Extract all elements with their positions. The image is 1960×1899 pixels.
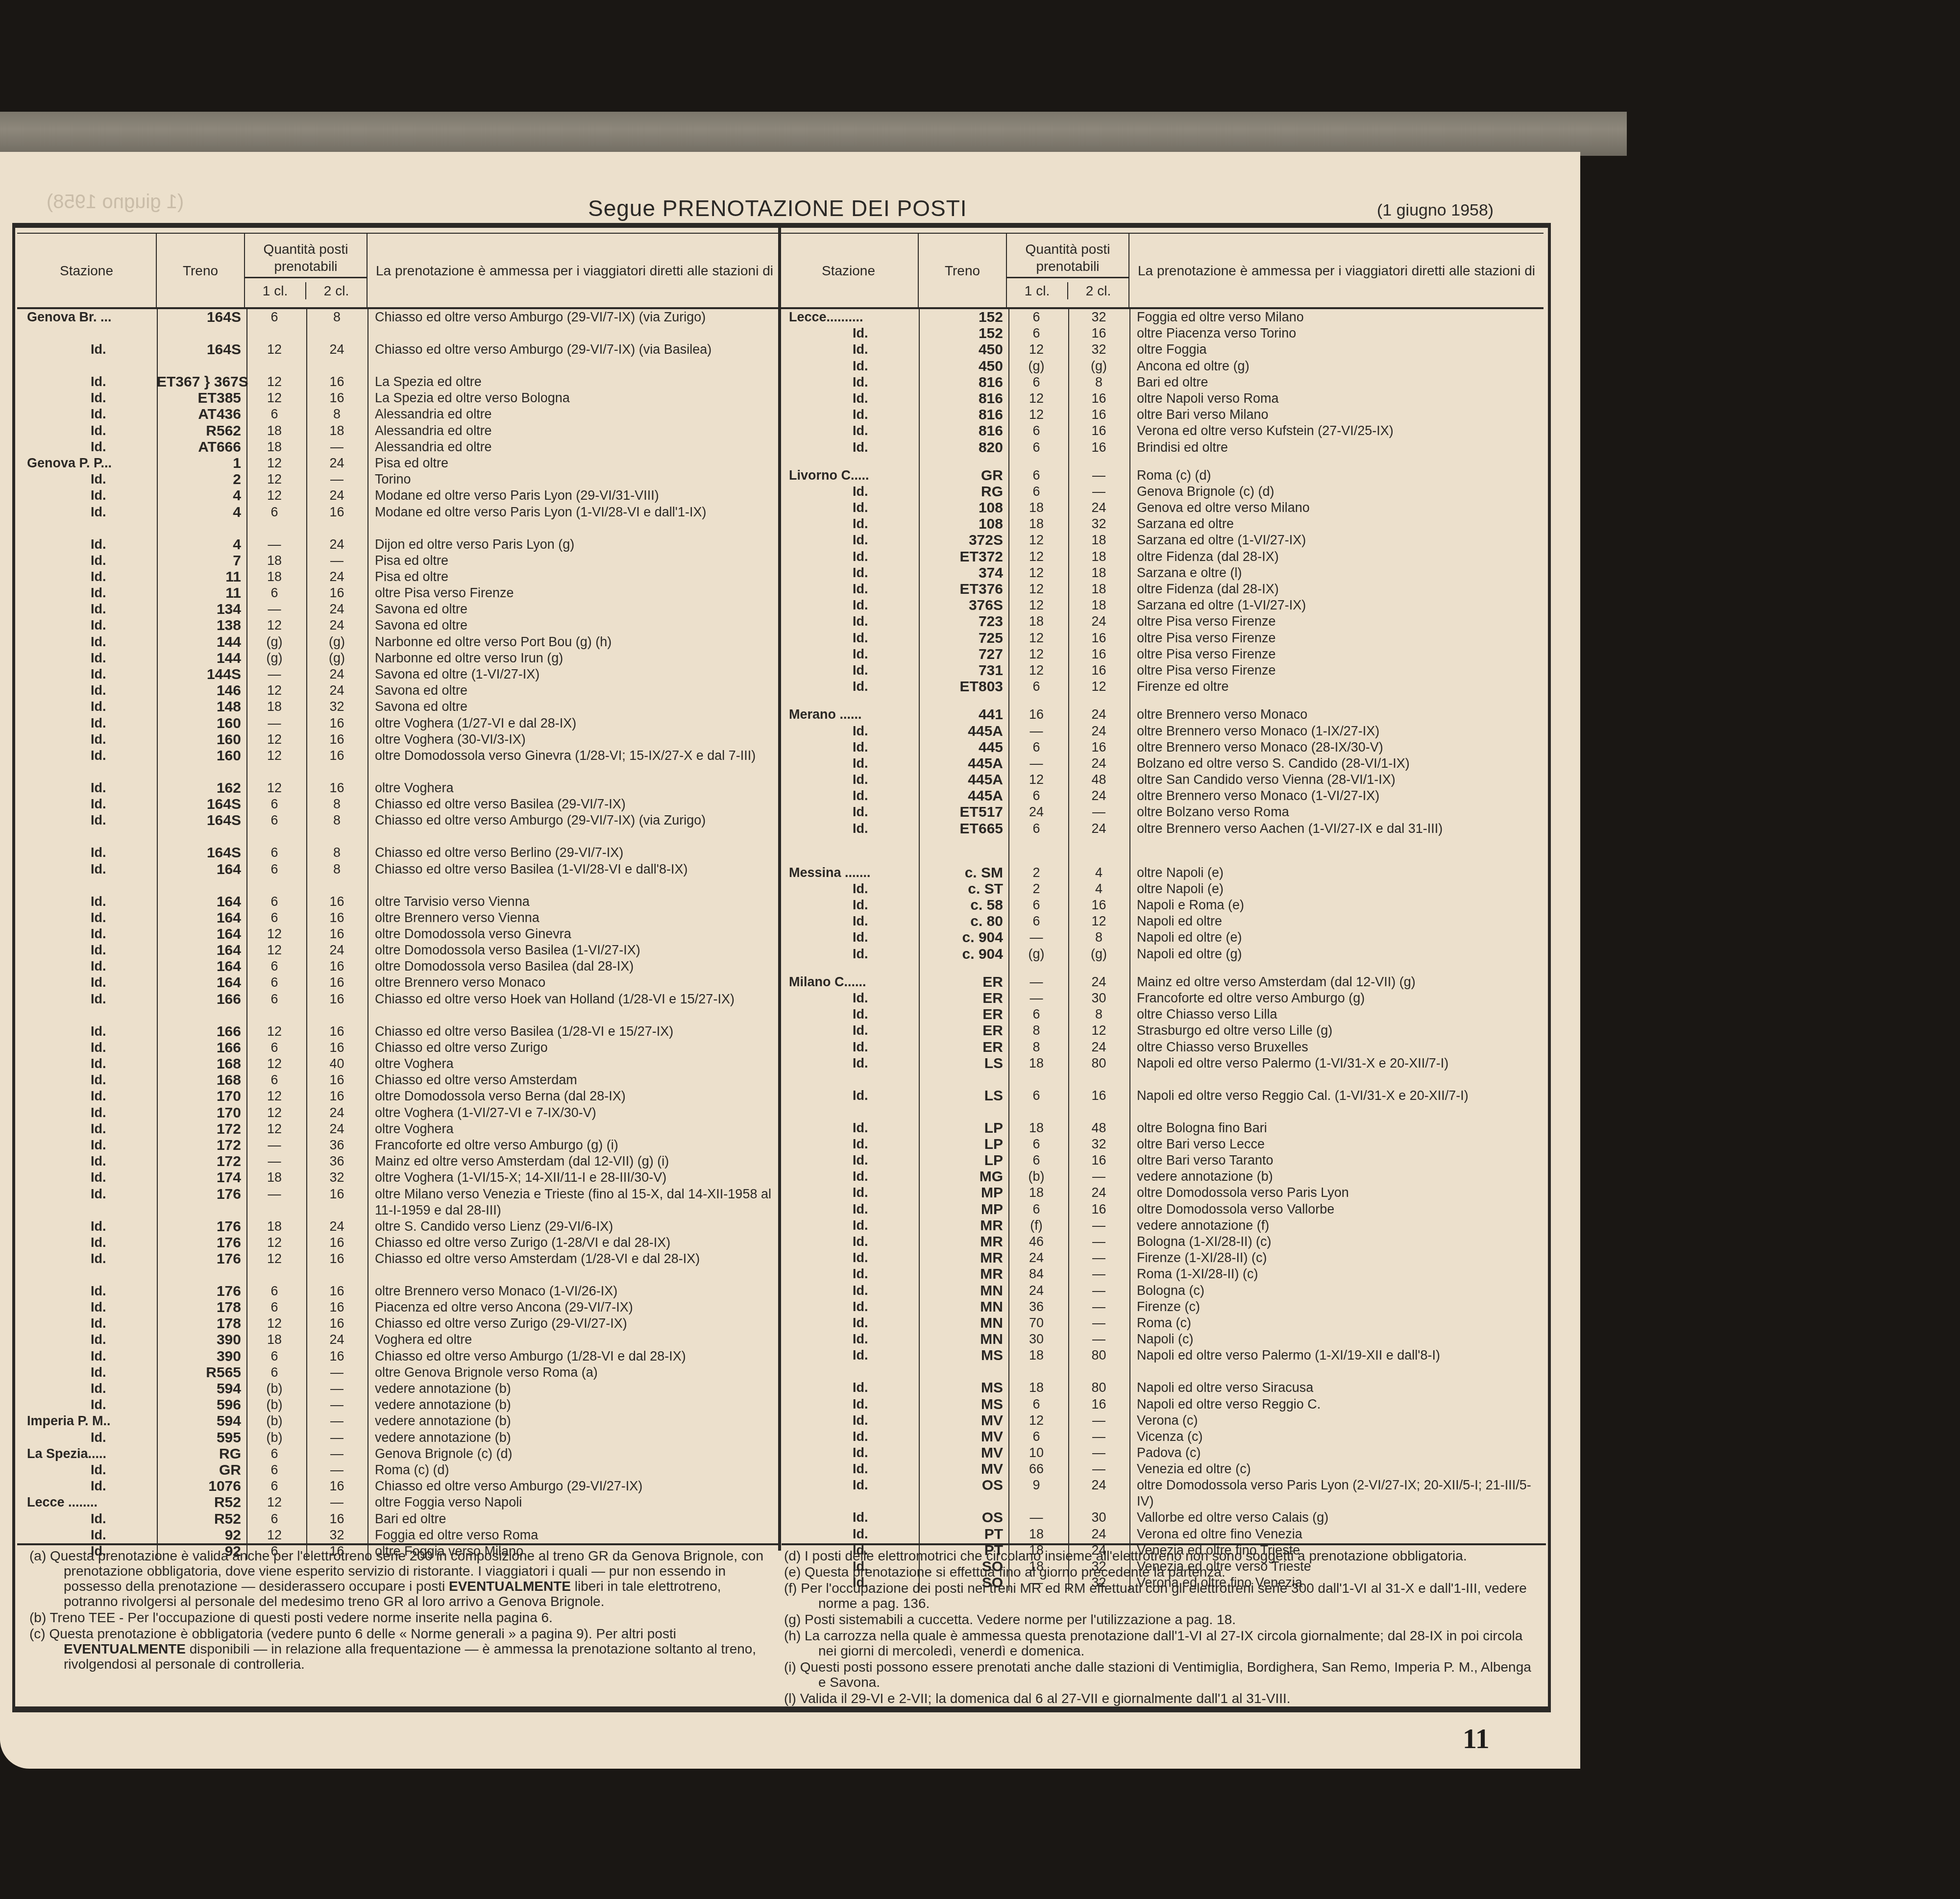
first-class-seats-cell: 6 bbox=[1007, 821, 1066, 837]
destination-cell: vedere annotazione (f) bbox=[1137, 1217, 1543, 1234]
first-class-seats-cell: 24 bbox=[1007, 1250, 1066, 1266]
first-class-seats-cell: 2 bbox=[1007, 881, 1066, 897]
train-cell: 152 bbox=[919, 309, 1003, 325]
book-page-edges bbox=[0, 112, 1627, 156]
train-cell: c. ST bbox=[919, 881, 1003, 897]
table-row: Id.212—Torino bbox=[17, 471, 782, 487]
first-class-seats-cell: 12 bbox=[245, 942, 304, 958]
second-class-seats-cell: 4 bbox=[1068, 881, 1129, 897]
train-cell: 176 bbox=[157, 1283, 241, 1299]
table-row: Id.MN70—Roma (c) bbox=[779, 1315, 1543, 1331]
second-class-seats-cell: 32 bbox=[1068, 341, 1129, 358]
first-class-seats-cell: 12 bbox=[245, 1494, 304, 1510]
first-class-seats-cell: 12 bbox=[245, 1088, 304, 1104]
first-class-seats-cell: 6 bbox=[245, 974, 304, 991]
destination-cell: oltre Bari verso Taranto bbox=[1137, 1152, 1543, 1169]
first-class-seats-cell: 6 bbox=[1007, 897, 1066, 913]
train-cell: 164S bbox=[157, 309, 241, 325]
destination-cell: oltre Voghera (1-VI/15-X; 14-XII/11-I e … bbox=[375, 1169, 782, 1186]
train-cell: MG bbox=[919, 1169, 1003, 1185]
destination-cell: oltre Pisa verso Firenze bbox=[375, 585, 782, 601]
destination-cell: Alessandria ed oltre bbox=[375, 423, 782, 439]
footnote-key: (a) bbox=[29, 1548, 50, 1563]
second-class-seats-cell: 24 bbox=[306, 487, 367, 504]
footnote-text: Treno TEE - Per l'occupazione di questi … bbox=[50, 1610, 553, 1625]
table-row: Id.134—24Savona ed oltre bbox=[17, 601, 782, 617]
destination-cell: oltre Brennero verso Monaco bbox=[1137, 706, 1543, 723]
first-class-seats-cell: 12 bbox=[245, 390, 304, 406]
second-class-seats-cell: (g) bbox=[1068, 946, 1129, 962]
destination-cell: Verona ed oltre fino Venezia bbox=[1137, 1526, 1543, 1542]
first-class-seats-cell: (b) bbox=[245, 1413, 304, 1429]
second-class-seats-cell: 16 bbox=[306, 910, 367, 926]
second-class-seats-cell: 16 bbox=[1068, 423, 1129, 439]
train-cell: 164 bbox=[157, 942, 241, 958]
destination-cell: Narbonne ed oltre verso Irun (g) bbox=[375, 650, 782, 666]
header-2cl: 2 cl. bbox=[1068, 282, 1128, 299]
first-class-seats-cell: 16 bbox=[1007, 706, 1066, 723]
first-class-seats-cell: 6 bbox=[1007, 374, 1066, 390]
train-cell: 374 bbox=[919, 565, 1003, 581]
destination-cell: oltre Pisa verso Firenze bbox=[1137, 613, 1543, 630]
destination-cell: Roma (c) (d) bbox=[1137, 467, 1543, 484]
table-row: Id.450(g)(g)Ancona ed oltre (g) bbox=[779, 358, 1543, 374]
table-row: Id.921232Foggia ed oltre verso Roma bbox=[17, 1527, 782, 1543]
table-row: Id.1641216oltre Domodossola verso Ginevr… bbox=[17, 926, 782, 942]
destination-cell: oltre Chiasso verso Bruxelles bbox=[1137, 1039, 1543, 1055]
table-row: Id.1701224oltre Voghera (1-VI/27-VI e 7-… bbox=[17, 1105, 782, 1121]
destination-cell: Firenze ed oltre bbox=[1137, 679, 1543, 695]
first-class-seats-cell: — bbox=[245, 1137, 304, 1153]
first-class-seats-cell: 12 bbox=[245, 1023, 304, 1040]
destination-cell: oltre Bolzano verso Roma bbox=[1137, 804, 1543, 820]
second-class-seats-cell: 24 bbox=[306, 1218, 367, 1235]
first-class-seats-cell: 12 bbox=[1007, 1412, 1066, 1429]
destination-cell: Sarzana e oltre (l) bbox=[1137, 565, 1543, 581]
destination-cell: oltre Brennero verso Monaco (1-VI/26-IX) bbox=[375, 1283, 782, 1299]
footnote-text: Valida il 29-VI e 2-VII; la domenica dal… bbox=[800, 1691, 1291, 1706]
table-row: Id.c. 58616Napoli e Roma (e) bbox=[779, 897, 1543, 913]
destination-cell: oltre Brennero verso Monaco bbox=[375, 974, 782, 991]
train-cell: 172 bbox=[157, 1137, 241, 1153]
table-row: Id.c. 904—8Napoli ed oltre (e) bbox=[779, 929, 1543, 946]
train-cell: MR bbox=[919, 1266, 1003, 1282]
first-class-seats-cell: (g) bbox=[1007, 946, 1066, 962]
second-class-seats-cell: 16 bbox=[306, 1299, 367, 1315]
footnote-key: (h) bbox=[784, 1628, 805, 1643]
train-cell: 376S bbox=[919, 597, 1003, 613]
second-class-seats-cell: 24 bbox=[306, 1332, 367, 1348]
second-class-seats-cell: 16 bbox=[1068, 390, 1129, 407]
train-cell: 731 bbox=[919, 662, 1003, 679]
destination-cell: Chiasso ed oltre verso Basilea (29-VI/7-… bbox=[375, 796, 782, 812]
destination-cell: Firenze (1-XI/28-II) (c) bbox=[1137, 1250, 1543, 1266]
first-class-seats-cell: 12 bbox=[1007, 407, 1066, 423]
train-cell: ER bbox=[919, 1023, 1003, 1039]
first-class-seats-cell: — bbox=[245, 536, 304, 553]
second-class-seats-cell: — bbox=[1068, 1234, 1129, 1250]
train-cell: 164 bbox=[157, 958, 241, 974]
train-cell: 164S bbox=[157, 796, 241, 812]
second-class-seats-cell: 8 bbox=[306, 796, 367, 812]
train-cell: MP bbox=[919, 1185, 1003, 1201]
first-class-seats-cell: 6 bbox=[1007, 467, 1066, 484]
table-row: Id.376S1218Sarzana ed oltre (1-VI/27-IX) bbox=[779, 597, 1543, 613]
destination-cell: oltre Bari verso Milano bbox=[1137, 407, 1543, 423]
second-class-seats-cell: 16 bbox=[1068, 325, 1129, 341]
footnote: (e) Questa prenotazione si effettua fino… bbox=[784, 1564, 1534, 1580]
first-class-seats-cell: 12 bbox=[245, 1235, 304, 1251]
second-class-seats-cell: 16 bbox=[1068, 1088, 1129, 1104]
first-class-seats-cell: 9 bbox=[1007, 1477, 1066, 1493]
footnote: (i) Questi posti possono essere prenotat… bbox=[784, 1659, 1534, 1690]
table-row: Id.LP616oltre Bari verso Taranto bbox=[779, 1152, 1543, 1169]
footnote-key: (d) bbox=[784, 1548, 805, 1563]
second-class-seats-cell: — bbox=[1068, 1217, 1129, 1234]
train-cell: 723 bbox=[919, 613, 1003, 630]
second-class-seats-cell: 16 bbox=[306, 731, 367, 748]
first-class-seats-cell: 12 bbox=[245, 1251, 304, 1267]
second-class-seats-cell: 16 bbox=[306, 748, 367, 764]
second-class-seats-cell: — bbox=[306, 1494, 367, 1510]
train-cell: 172 bbox=[157, 1121, 241, 1137]
first-class-seats-cell: 6 bbox=[1007, 1396, 1066, 1412]
second-class-seats-cell: — bbox=[1068, 1250, 1129, 1266]
train-cell: 595 bbox=[157, 1430, 241, 1446]
train-cell: 160 bbox=[157, 715, 241, 731]
destination-cell: Modane ed oltre verso Paris Lyon (1-VI/2… bbox=[375, 504, 782, 520]
page-title: Segue PRENOTAZIONE DEI POSTI bbox=[588, 195, 967, 221]
destination-cell: oltre Foggia verso Napoli bbox=[375, 1494, 782, 1510]
first-class-seats-cell: 24 bbox=[1007, 804, 1066, 820]
second-class-seats-cell: 24 bbox=[306, 569, 367, 585]
destination-cell: oltre Bari verso Lecce bbox=[1137, 1136, 1543, 1152]
train-cell: 170 bbox=[157, 1105, 241, 1121]
destination-cell: Vallorbe ed oltre verso Calais (g) bbox=[1137, 1509, 1543, 1526]
table-row: Id.164616oltre Tarvisio verso Vienna bbox=[17, 894, 782, 910]
second-class-seats-cell: 16 bbox=[306, 1478, 367, 1494]
first-class-seats-cell: 6 bbox=[245, 1446, 304, 1462]
first-class-seats-cell: 6 bbox=[1007, 913, 1066, 929]
first-class-seats-cell: 84 bbox=[1007, 1266, 1066, 1282]
train-cell: 176 bbox=[157, 1235, 241, 1251]
table-row: Id.166616Chiasso ed oltre verso Zurigo bbox=[17, 1040, 782, 1056]
train-cell: AT436 bbox=[157, 406, 241, 422]
second-class-seats-cell: 16 bbox=[306, 926, 367, 942]
first-class-seats-cell: 30 bbox=[1007, 1331, 1066, 1347]
second-class-seats-cell: 16 bbox=[306, 374, 367, 390]
second-class-seats-cell: 16 bbox=[306, 585, 367, 601]
first-class-seats-cell: 36 bbox=[1007, 1299, 1066, 1315]
destination-cell: Dijon ed oltre verso Paris Lyon (g) bbox=[375, 536, 782, 553]
train-cell: 162 bbox=[157, 780, 241, 796]
second-class-seats-cell: 24 bbox=[1068, 755, 1129, 772]
footnotes-right: (d) I posti delle elettromotrici che cir… bbox=[784, 1548, 1534, 1707]
table-row: Id.ET3851216La Spezia ed oltre verso Bol… bbox=[17, 390, 782, 406]
header-quantita: Quantità posti prenotabili 1 cl. 2 cl. bbox=[1007, 234, 1129, 307]
table-row: Id.445A—24Bolzano ed oltre verso S. Cand… bbox=[779, 755, 1543, 772]
train-cell: MN bbox=[919, 1315, 1003, 1331]
train-cell: R565 bbox=[157, 1364, 241, 1381]
table-row: Id.164S1224Chiasso ed oltre verso Amburg… bbox=[17, 341, 782, 374]
train-cell: 174 bbox=[157, 1169, 241, 1186]
second-class-seats-cell: 24 bbox=[1068, 1185, 1129, 1201]
footnote-key: (i) bbox=[784, 1659, 800, 1675]
destination-cell: La Spezia ed oltre bbox=[375, 374, 782, 390]
footnote-key: (e) bbox=[784, 1564, 805, 1580]
train-cell: 144 bbox=[157, 650, 241, 666]
second-class-seats-cell: 16 bbox=[306, 894, 367, 910]
destination-cell: Chiasso ed oltre verso Hoek van Holland … bbox=[375, 991, 782, 1007]
destination-cell: oltre Napoli (e) bbox=[1137, 865, 1543, 881]
first-class-seats-cell: 6 bbox=[245, 958, 304, 974]
table-row: La Spezia.....RG6—Genova Brignole (c) (d… bbox=[17, 1446, 782, 1462]
first-class-seats-cell: 18 bbox=[245, 1169, 304, 1186]
table-row: Id.MR24—Firenze (1-XI/28-II) (c) bbox=[779, 1250, 1543, 1266]
destination-cell: oltre Voghera bbox=[375, 1121, 782, 1137]
table-row: Imperia P. M..594(b)—vedere annotazione … bbox=[17, 1413, 782, 1429]
destination-cell: Pisa ed oltre bbox=[375, 569, 782, 585]
table-row: Id.1701216oltre Domodossola verso Berna … bbox=[17, 1088, 782, 1104]
train-cell: 164 bbox=[157, 861, 241, 877]
train-cell: 164 bbox=[157, 926, 241, 942]
destination-cell: Padova (c) bbox=[1137, 1445, 1543, 1461]
second-class-seats-cell: 16 bbox=[306, 1511, 367, 1527]
destination-cell: vedere annotazione (b) bbox=[1137, 1169, 1543, 1185]
first-class-seats-cell: 12 bbox=[245, 682, 304, 699]
table-row: Id.81668Bari ed oltre bbox=[779, 374, 1543, 390]
table-row: Id.8161216oltre Napoli verso Roma bbox=[779, 390, 1543, 407]
header-1cl: 1 cl. bbox=[1007, 282, 1068, 299]
second-class-seats-cell: (g) bbox=[1068, 358, 1129, 374]
table-row: Id.OS—30Vallorbe ed oltre verso Calais (… bbox=[779, 1509, 1543, 1526]
second-class-seats-cell: 16 bbox=[306, 1348, 367, 1364]
first-class-seats-cell: 6 bbox=[245, 812, 304, 828]
train-cell: c. 80 bbox=[919, 913, 1003, 929]
destination-cell: Chiasso ed oltre verso Berlino (29-VI/7-… bbox=[375, 845, 782, 861]
second-class-seats-cell: 18 bbox=[1068, 581, 1129, 597]
train-cell: 170 bbox=[157, 1088, 241, 1104]
first-class-seats-cell: 18 bbox=[1007, 1526, 1066, 1542]
train-cell: 160 bbox=[157, 748, 241, 764]
destination-cell: Chiasso ed oltre verso Amburgo (29-VI/7-… bbox=[375, 812, 782, 828]
footnote-text: Posti sistemabili a cuccetta. Vedere nor… bbox=[805, 1612, 1236, 1627]
first-class-seats-cell: 18 bbox=[245, 1332, 304, 1348]
destination-cell: Pisa ed oltre bbox=[375, 455, 782, 471]
row-spacer bbox=[779, 456, 1543, 467]
table-row: Id.1761216Chiasso ed oltre verso Amsterd… bbox=[17, 1251, 782, 1283]
destination-cell: oltre Chiasso verso Lilla bbox=[1137, 1006, 1543, 1023]
table-row: Id.MV12—Verona (c) bbox=[779, 1412, 1543, 1429]
header-stazione: Stazione bbox=[779, 234, 919, 307]
second-class-seats-cell: — bbox=[1068, 1461, 1129, 1477]
first-class-seats-cell: 12 bbox=[245, 1527, 304, 1543]
header-treno: Treno bbox=[919, 234, 1007, 307]
train-cell: 594 bbox=[157, 1381, 241, 1397]
table-row: Id.820616Brindisi ed oltre bbox=[779, 439, 1543, 456]
train-cell: c. 904 bbox=[919, 946, 1003, 962]
train-cell: 390 bbox=[157, 1332, 241, 1348]
table-row: Id.1661216Chiasso ed oltre verso Basilea… bbox=[17, 1023, 782, 1040]
destination-cell: Brindisi ed oltre bbox=[1137, 439, 1543, 456]
first-class-seats-cell: 6 bbox=[245, 504, 304, 520]
table-row: Id.ET665624oltre Brennero verso Aachen (… bbox=[779, 821, 1543, 853]
first-class-seats-cell: 6 bbox=[245, 1478, 304, 1494]
first-class-seats-cell: 6 bbox=[245, 1299, 304, 1315]
table-row: Id.1081824Genova ed oltre verso Milano bbox=[779, 500, 1543, 516]
first-class-seats-cell: 6 bbox=[1007, 423, 1066, 439]
destination-cell: Napoli e Roma (e) bbox=[1137, 897, 1543, 913]
table-row: Lecce ........R5212—oltre Foggia verso N… bbox=[17, 1494, 782, 1510]
destination-cell: Bologna (c) bbox=[1137, 1283, 1543, 1299]
train-cell: 172 bbox=[157, 1153, 241, 1169]
second-class-seats-cell: 24 bbox=[306, 341, 367, 358]
destination-cell: Chiasso ed oltre verso Zurigo (1-28/VI e… bbox=[375, 1235, 782, 1251]
table-row: Id.LP632oltre Bari verso Lecce bbox=[779, 1136, 1543, 1152]
first-class-seats-cell: 18 bbox=[245, 553, 304, 569]
first-class-seats-cell: 6 bbox=[245, 894, 304, 910]
first-class-seats-cell: 6 bbox=[1007, 1136, 1066, 1152]
first-class-seats-cell: 12 bbox=[245, 471, 304, 487]
second-class-seats-cell: 24 bbox=[306, 682, 367, 699]
second-class-seats-cell: 24 bbox=[1068, 974, 1129, 990]
footnote-text: Questi posti possono essere prenotati an… bbox=[800, 1659, 1531, 1690]
train-cell: 108 bbox=[919, 516, 1003, 532]
first-class-seats-cell: 12 bbox=[245, 1105, 304, 1121]
row-spacer bbox=[779, 695, 1543, 706]
destination-cell: Bari ed oltre bbox=[375, 1511, 782, 1527]
destination-cell: Ancona ed oltre (g) bbox=[1137, 358, 1543, 374]
header-1cl: 1 cl. bbox=[245, 282, 306, 299]
destination-cell: Chiasso ed oltre verso Amsterdam bbox=[375, 1072, 782, 1088]
table-row: Id.MR46—Bologna (1-XI/28-II) (c) bbox=[779, 1234, 1543, 1250]
destination-cell: Chiasso ed oltre verso Amburgo (29-VI/27… bbox=[375, 1478, 782, 1494]
first-class-seats-cell: 24 bbox=[1007, 1283, 1066, 1299]
table-row: Id.594(b)—vedere annotazione (b) bbox=[17, 1381, 782, 1397]
first-class-seats-cell: 2 bbox=[1007, 865, 1066, 881]
train-cell: ET517 bbox=[919, 804, 1003, 820]
second-class-seats-cell: 24 bbox=[1068, 500, 1129, 516]
second-class-seats-cell: 16 bbox=[306, 1283, 367, 1299]
second-class-seats-cell: 16 bbox=[1068, 1152, 1129, 1169]
destination-cell: Francoforte ed oltre verso Amburgo (g) (… bbox=[375, 1137, 782, 1153]
first-class-seats-cell: 18 bbox=[1007, 1380, 1066, 1396]
second-class-seats-cell: 16 bbox=[306, 1040, 367, 1056]
destination-cell: Bologna (1-XI/28-II) (c) bbox=[1137, 1234, 1543, 1250]
header-destinazione: La prenotazione è ammessa per i viaggiat… bbox=[1129, 234, 1543, 307]
train-cell: 445 bbox=[919, 739, 1003, 755]
second-class-seats-cell: 80 bbox=[1068, 1380, 1129, 1396]
destination-cell: oltre Domodossola verso Paris Lyon (2-VI… bbox=[1137, 1477, 1543, 1509]
footnotes-left: (a) Questa prenotazione è valida anche p… bbox=[29, 1548, 764, 1673]
destination-cell: Roma (1-XI/28-II) (c) bbox=[1137, 1266, 1543, 1282]
train-cell: LP bbox=[919, 1120, 1003, 1136]
destination-cell: Bari ed oltre bbox=[1137, 374, 1543, 390]
second-class-seats-cell: 4 bbox=[1068, 865, 1129, 881]
first-class-seats-cell: 6 bbox=[245, 796, 304, 812]
table-row: Id.1601216oltre Voghera (30-VI/3-IX) bbox=[17, 731, 782, 748]
second-class-seats-cell: 24 bbox=[306, 666, 367, 682]
table-row: Id.PT1824Verona ed oltre fino Venezia bbox=[779, 1526, 1543, 1542]
train-cell: 1 bbox=[157, 455, 241, 471]
first-class-seats-cell: 12 bbox=[245, 374, 304, 390]
train-cell: R52 bbox=[157, 1494, 241, 1510]
table-row: Id.OS924oltre Domodossola verso Paris Ly… bbox=[779, 1477, 1543, 1509]
second-class-seats-cell: 8 bbox=[1068, 929, 1129, 946]
table-row: Id.ET51724—oltre Bolzano verso Roma bbox=[779, 804, 1543, 820]
destination-cell: oltre Domodossola verso Basilea (1-VI/27… bbox=[375, 942, 782, 958]
second-class-seats-cell: 24 bbox=[306, 942, 367, 958]
second-class-seats-cell: 16 bbox=[1068, 1201, 1129, 1217]
destination-cell: Francoforte ed oltre verso Amburgo (g) bbox=[1137, 990, 1543, 1006]
train-cell: MP bbox=[919, 1201, 1003, 1217]
first-class-seats-cell: 6 bbox=[1007, 439, 1066, 456]
first-class-seats-cell: — bbox=[245, 1186, 304, 1202]
table-row: Id.1481832Savona ed oltre bbox=[17, 699, 782, 715]
table-row: Id.176616oltre Brennero verso Monaco (1-… bbox=[17, 1283, 782, 1299]
train-cell: ER bbox=[919, 1006, 1003, 1023]
destination-cell: Pisa ed oltre bbox=[375, 553, 782, 569]
table-row: Id.1621216oltre Voghera bbox=[17, 780, 782, 796]
table-row: Merano ......4411624oltre Brennero verso… bbox=[779, 706, 1543, 723]
table-row: Id.RG6—Genova Brignole (c) (d) bbox=[779, 484, 1543, 500]
second-class-seats-cell: — bbox=[306, 471, 367, 487]
second-class-seats-cell: 40 bbox=[306, 1056, 367, 1072]
train-cell: MS bbox=[919, 1396, 1003, 1412]
destination-cell: oltre S. Candido verso Lienz (29-VI/6-IX… bbox=[375, 1218, 782, 1235]
table-row: Genova Br. ...164S68Chiasso ed oltre ver… bbox=[17, 309, 782, 341]
train-cell: c. 58 bbox=[919, 897, 1003, 913]
second-class-seats-cell: 16 bbox=[306, 504, 367, 520]
table-row: Milano C......ER—24Mainz ed oltre verso … bbox=[779, 974, 1543, 990]
destination-cell: vedere annotazione (b) bbox=[375, 1413, 782, 1429]
first-class-seats-cell: 12 bbox=[245, 1056, 304, 1072]
first-class-seats-cell: 12 bbox=[1007, 390, 1066, 407]
destination-cell: Modane ed oltre verso Paris Lyon (29-VI/… bbox=[375, 487, 782, 504]
station-cell: Lecce ........ bbox=[27, 1494, 154, 1510]
train-cell: ET367 } 367S bbox=[157, 374, 241, 390]
destination-cell: oltre Napoli verso Roma bbox=[1137, 390, 1543, 407]
second-class-seats-cell: 16 bbox=[306, 991, 367, 1007]
header-destinazione: La prenotazione è ammessa per i viaggiat… bbox=[367, 234, 782, 307]
second-class-seats-cell: 16 bbox=[1068, 439, 1129, 456]
train-cell: 168 bbox=[157, 1056, 241, 1072]
destination-cell: Savona ed oltre (1-VI/27-IX) bbox=[375, 666, 782, 682]
train-cell: 4 bbox=[157, 536, 241, 553]
second-class-seats-cell: 24 bbox=[1068, 613, 1129, 630]
train-cell: MN bbox=[919, 1299, 1003, 1315]
train-cell: 176 bbox=[157, 1218, 241, 1235]
first-class-seats-cell: 12 bbox=[245, 487, 304, 504]
destination-cell: oltre Domodossola verso Paris Lyon bbox=[1137, 1185, 1543, 1201]
second-class-seats-cell: 18 bbox=[1068, 597, 1129, 613]
first-class-seats-cell: 6 bbox=[1007, 788, 1066, 804]
table-body: Lecce..........152632Foggia ed oltre ver… bbox=[779, 309, 1543, 1591]
second-class-seats-cell: 18 bbox=[1068, 532, 1129, 548]
table-row: Id.445616oltre Brennero verso Monaco (28… bbox=[779, 739, 1543, 755]
train-cell: 2 bbox=[157, 471, 241, 487]
destination-cell: oltre Foggia bbox=[1137, 341, 1543, 358]
first-class-seats-cell: 6 bbox=[245, 861, 304, 877]
second-class-seats-cell: 8 bbox=[306, 845, 367, 861]
train-cell: RG bbox=[157, 1446, 241, 1462]
first-class-seats-cell: (b) bbox=[1007, 1169, 1066, 1185]
table-row: Id.MG(b)—vedere annotazione (b) bbox=[779, 1169, 1543, 1185]
train-cell: 1076 bbox=[157, 1478, 241, 1494]
train-cell: 450 bbox=[919, 341, 1003, 358]
train-cell: 441 bbox=[919, 706, 1003, 723]
destination-cell: Napoli ed oltre verso Reggio C. bbox=[1137, 1396, 1543, 1412]
